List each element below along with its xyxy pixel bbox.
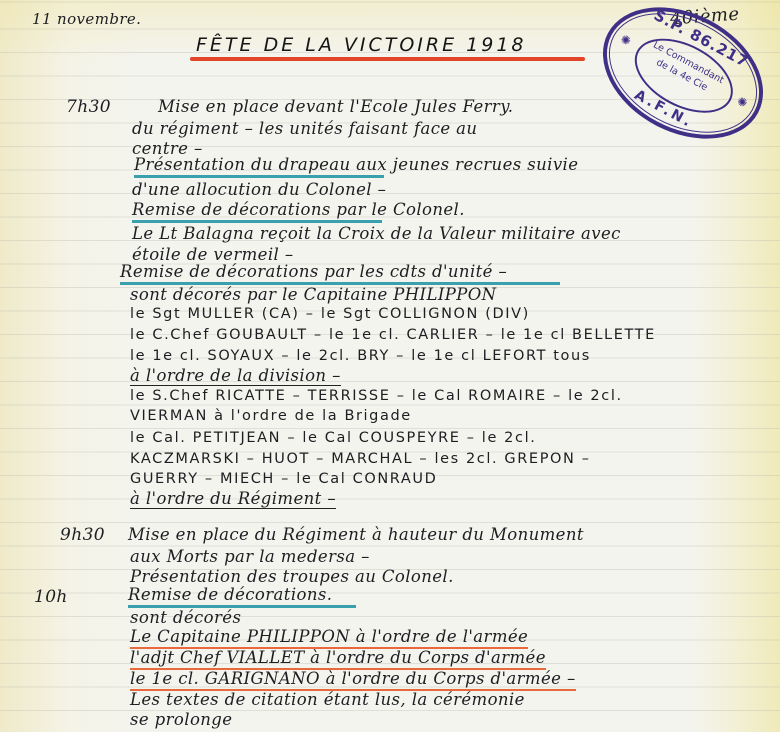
entry-line: le S.Chef RICATTE – TERRISSE – le Cal RO… (130, 388, 623, 404)
entry-line: Présentation des troupes au Colonel. (130, 567, 454, 586)
heading-text: Remise de décorations par le Colonel. (132, 200, 465, 219)
entry-line: Mise en place devant l'Ecole Jules Ferry… (158, 97, 513, 116)
entry-line: le Sgt MULLER (CA) – le Sgt COLLIGNON (D… (130, 306, 530, 322)
entry-line: le C.Chef GOUBAULT – le 1e cl. CARLIER –… (130, 327, 656, 343)
entry-line: Le Lt Balagna reçoit la Croix de la Vale… (132, 224, 621, 243)
entry-time: 9h30 (60, 525, 105, 545)
document-title: FÊTE DE LA VICTOIRE 1918 (196, 34, 527, 56)
entry-time: 10h (34, 587, 68, 607)
entry-line: VIERMAN à l'ordre de la Brigade (130, 408, 412, 424)
document-date: 11 novembre. (32, 10, 141, 28)
entry-line: d'une allocution du Colonel – (132, 180, 386, 199)
entry-heading: Présentation du drapeau aux jeunes recru… (134, 155, 384, 178)
entry-line: Mise en place du Régiment à hauteur du M… (128, 525, 584, 544)
official-stamp: S.P. 86.217 Le Commandant de la 4e Cie A… (580, 0, 780, 165)
heading-text: Présentation du drapeau aux jeunes recru… (134, 155, 578, 174)
entry-line: KACZMARSKI – HUOT – MARCHAL – les 2cl. G… (130, 451, 591, 467)
title-red-underline (190, 57, 585, 61)
entry-line: le 1e cl. SOYAUX – le 2cl. BRY – le 1e c… (130, 348, 591, 364)
entry-heading: Remise de décorations par le Colonel. (132, 200, 382, 223)
entry-line: Les textes de citation étant lus, la cér… (130, 690, 525, 709)
entry-line: aux Morts par la medersa – (130, 547, 370, 566)
entry-line: le Cal. PETITJEAN – le Cal COUSPEYRE – l… (130, 430, 536, 446)
entry-order: à l'ordre de la division – (130, 366, 341, 386)
heading-text: Remise de décorations. (128, 585, 332, 604)
entry-line: du régiment – les unités faisant face au (132, 119, 477, 138)
entry-line: GUERRY – MIECH – le Cal CONRAUD (130, 471, 437, 487)
heading-text: Remise de décorations par les cdts d'uni… (120, 262, 507, 281)
entry-heading: Remise de décorations. (128, 585, 356, 608)
entry-time: 7h30 (66, 97, 111, 117)
entry-line: sont décorés (130, 608, 241, 627)
entry-heading: Remise de décorations par les cdts d'uni… (120, 262, 560, 285)
entry-line: sont décorés par le Capitaine PHILIPPON (130, 285, 497, 304)
entry-line: se prolonge (130, 710, 232, 729)
entry-order: à l'ordre du Régiment – (130, 489, 336, 509)
entry-citation: l'adjt Chef VIALLET à l'ordre du Corps d… (130, 648, 546, 670)
entry-citation: le 1e cl. GARIGNANO à l'ordre du Corps d… (130, 669, 576, 691)
entry-citation: Le Capitaine PHILIPPON à l'ordre de l'ar… (130, 627, 528, 649)
